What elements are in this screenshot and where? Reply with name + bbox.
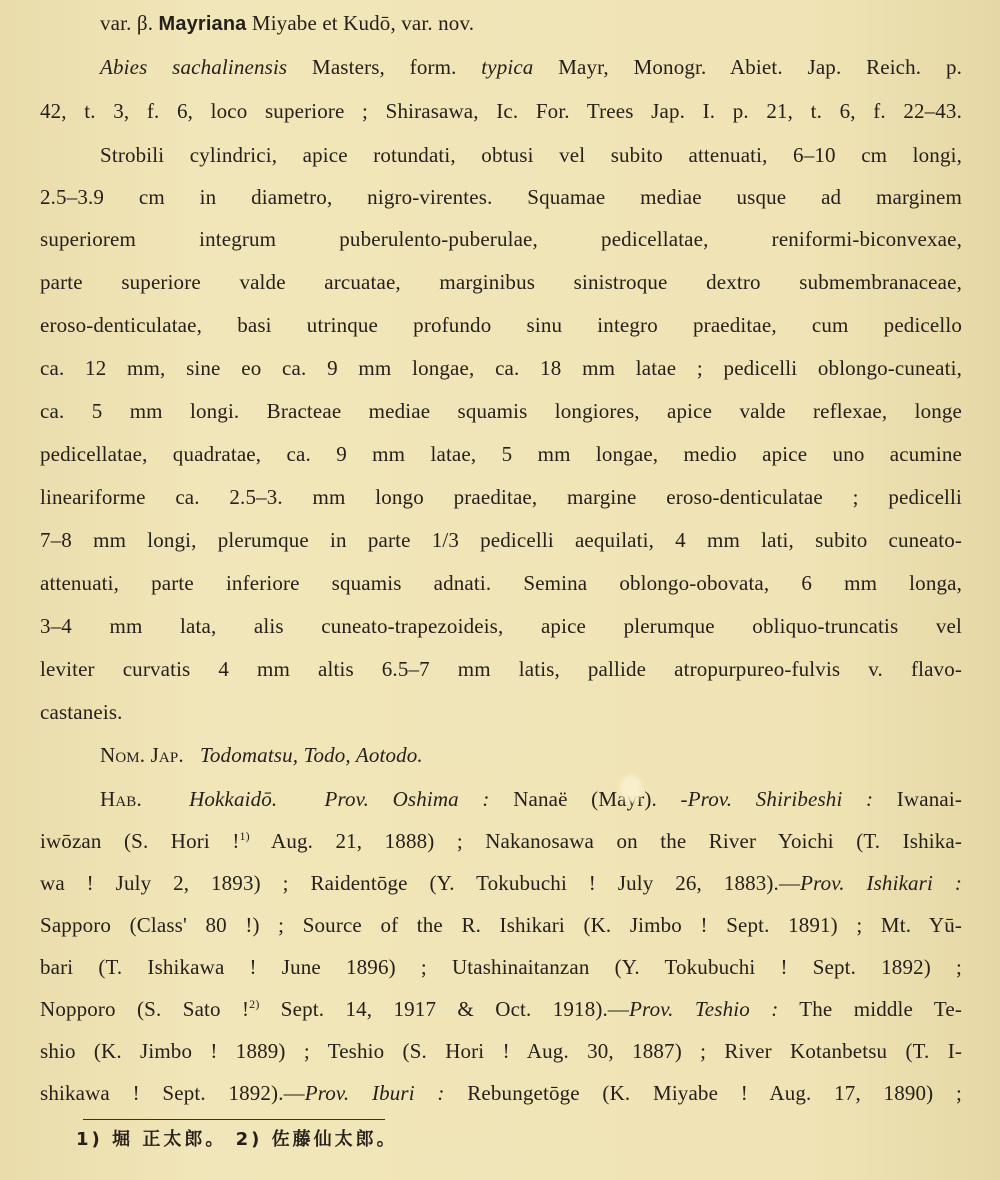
nom-jap-names: Todomatsu, Todo, Aotodo.: [200, 743, 423, 767]
description-line: castaneis.: [40, 697, 962, 727]
habitat-text: wa ! July 2, 1893) ; Raidentōge (Y. Toku…: [40, 871, 800, 895]
description-line: lineariforme ca. 2.5–3. mm longo praedit…: [40, 482, 962, 512]
habitat-line-3: wa ! July 2, 1893) ; Raidentōge (Y. Toku…: [40, 868, 962, 898]
description-line: superiorem integrum puberulento-puberula…: [40, 224, 962, 254]
japanese-names: Nom. Jap. Todomatsu, Todo, Aotodo.: [100, 740, 962, 770]
habitat-line-2: iwōzan (S. Hori !1) Aug. 21, 1888) ; Nak…: [40, 826, 962, 856]
habitat-text: Rebungetōge (K. Miyabe ! Aug. 17, 1890) …: [445, 1081, 962, 1105]
nom-jap-label: Nom. Jap.: [100, 743, 184, 767]
habitat-text: Nanaë (Mayr).: [490, 787, 681, 811]
habitat-text: Nopporo (S. Sato !: [40, 997, 249, 1021]
footnote-1-text: 堀 正太郎。: [112, 1129, 226, 1150]
description-line: leviter curvatis 4 mm altis 6.5–7 mm lat…: [40, 654, 962, 684]
footnote-2-marker: 2): [236, 1129, 263, 1150]
description-line: parte superiore valde arcuatae, marginib…: [40, 267, 962, 297]
habitat-label: Hab.: [100, 787, 142, 811]
description-line: eroso-denticulatae, basi utrinque profun…: [40, 310, 962, 340]
description-line: ca. 5 mm longi. Bracteae mediae squamis …: [40, 396, 962, 426]
synonym-text: Masters, form.: [287, 55, 481, 79]
synonym-species: Abies sachalinensis: [100, 55, 287, 79]
description-line: 3–4 mm lata, alis cuneato-trapezoideis, …: [40, 611, 962, 641]
description-line: ca. 12 mm, sine eo ca. 9 mm longae, ca. …: [40, 353, 962, 383]
footnote-divider: [83, 1119, 385, 1120]
province-label: Prov. Teshio :: [629, 997, 778, 1021]
synonymy-line-1: Abies sachalinensis Masters, form. typic…: [100, 52, 962, 82]
province-label: Prov. Oshima :: [325, 787, 490, 811]
description-line: Strobili cylindrici, apice rotundati, ob…: [100, 140, 962, 170]
habitat-line-6: Nopporo (S. Sato !2) Sept. 14, 1917 & Oc…: [40, 994, 962, 1024]
footnotes: 1) 堀 正太郎。 2) 佐藤仙太郎。: [76, 1126, 398, 1154]
habitat-text: Sept. 14, 1917 & Oct. 1918).—: [259, 997, 629, 1021]
habitat-region: Hokkaidō.: [189, 787, 277, 811]
synonym-text: Mayr, Monogr. Abiet. Jap. Reich. p.: [533, 55, 962, 79]
variety-authority: Miyabe et Kudō, var. nov.: [252, 11, 474, 35]
habitat-text: iwōzan (S. Hori !: [40, 829, 239, 853]
habitat-line-4: Sapporo (Class' 80 !) ; Source of the R.…: [40, 910, 962, 940]
habitat-text: shikawa ! Sept. 1892).—: [40, 1081, 305, 1105]
footnote-1-marker: 1): [76, 1129, 103, 1150]
footnote-ref-2: 2): [249, 997, 259, 1011]
habitat-text: Aug. 21, 1888) ; Nakanosawa on the River…: [250, 829, 962, 853]
province-label: Prov. Iburi :: [305, 1081, 445, 1105]
habitat-text: The middle Te-: [778, 997, 962, 1021]
habitat-text: Iwanai-: [873, 787, 962, 811]
province-label: Prov. Ishikari :: [800, 871, 962, 895]
description-line: 2.5–3.9 cm in diametro, nigro-virentes. …: [40, 182, 962, 212]
variety-heading: var. β. Mayriana Miyabe et Kudō, var. no…: [100, 8, 962, 39]
description-line: pedicellatae, quadratae, ca. 9 mm latae,…: [40, 439, 962, 469]
synonymy-line-2: 42, t. 3, f. 6, loco superiore ; Shirasa…: [40, 96, 962, 126]
habitat-line-5: bari (T. Ishikawa ! June 1896) ; Utashin…: [40, 952, 962, 982]
variety-name: Mayriana: [159, 13, 247, 35]
habitat-line-8: shikawa ! Sept. 1892).—Prov. Iburi : Reb…: [40, 1078, 962, 1108]
footnote-ref-1: 1): [239, 829, 249, 843]
description-line: 7–8 mm longi, plerumque in parte 1/3 ped…: [40, 525, 962, 555]
province-label: -Prov. Shiribeshi :: [681, 787, 874, 811]
habitat-line-1: Hab. Hokkaidō. Prov. Oshima : Nanaë (May…: [100, 784, 962, 814]
footnote-2-text: 佐藤仙太郎。: [272, 1129, 398, 1150]
document-page: var. β. Mayriana Miyabe et Kudō, var. no…: [0, 0, 1000, 1180]
variety-prefix: var. β.: [100, 11, 153, 35]
description-line: attenuati, parte inferiore squamis adnat…: [40, 568, 962, 598]
synonym-form: typica: [481, 55, 533, 79]
paper-stain: [620, 775, 642, 803]
habitat-line-7: shio (K. Jimbo ! 1889) ; Teshio (S. Hori…: [40, 1036, 962, 1066]
